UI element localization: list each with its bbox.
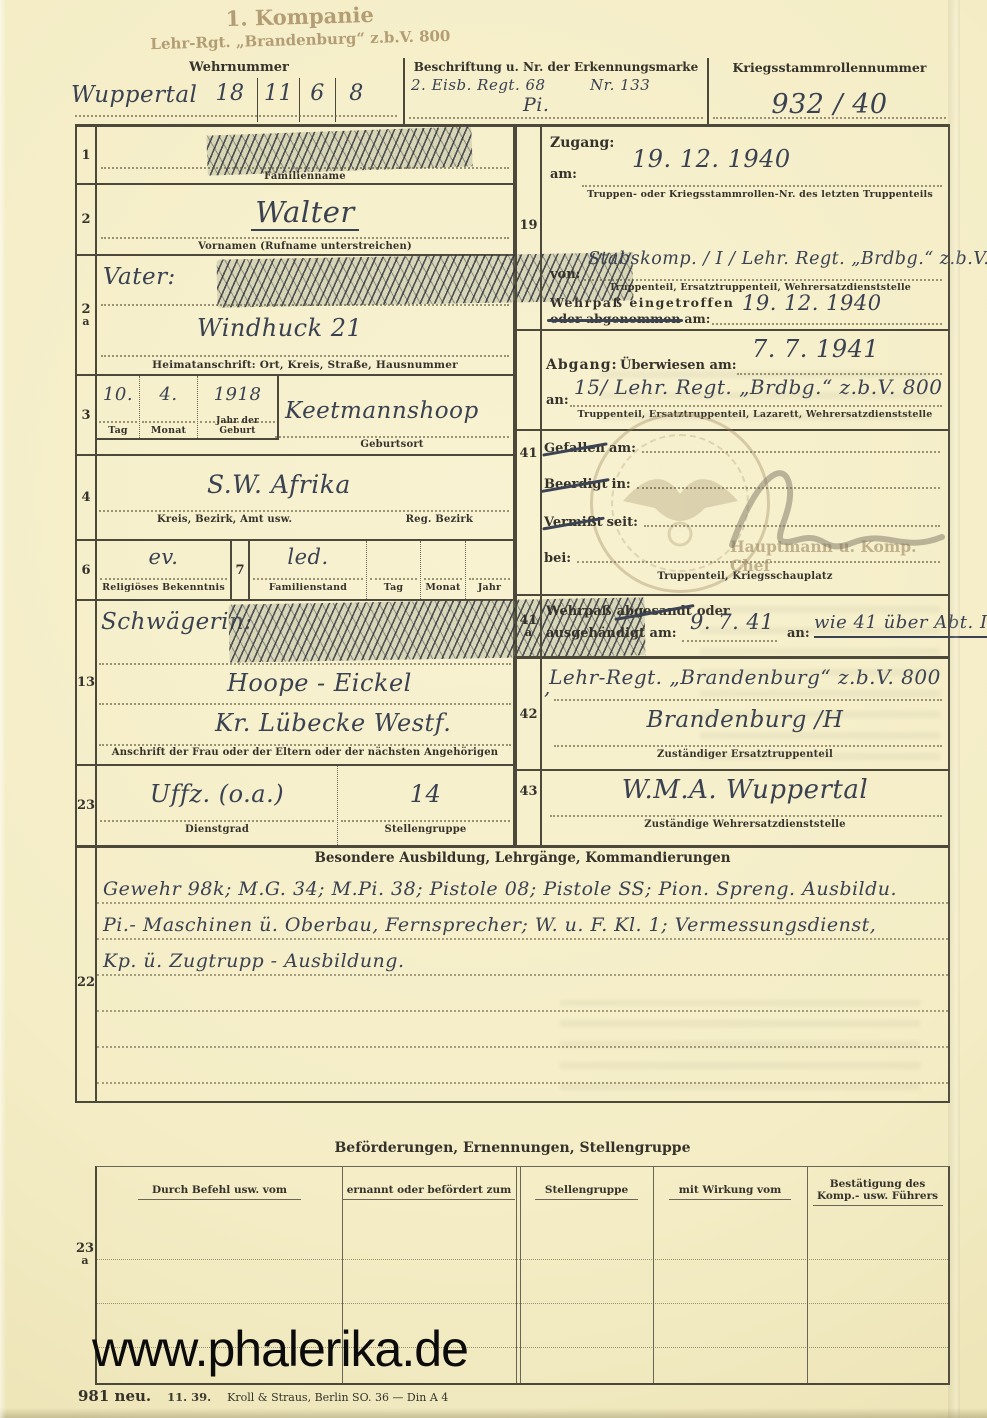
tag-cell: Tag [366, 541, 420, 599]
familienname-label: Familienname [97, 171, 513, 182]
bekenntnis-cell: ev. Religiöses Bekenntnis [97, 541, 230, 599]
wehrpass-eingetroffen-line1: Wehrpaß eingetroffen [550, 295, 734, 310]
row-number: 1 [81, 149, 90, 162]
birth-year: 1918 [198, 376, 277, 405]
promotions-row-number: 23 a [75, 1242, 95, 1266]
dienstgrad-cell: Uffz. (o.a.) Dienstgrad [97, 766, 337, 845]
birth-day: 10. [97, 376, 139, 405]
ausbildung-line: Pi.- Maschinen ü. Oberbau, Fernsprecher;… [97, 904, 948, 940]
kreis-label: Kreis, Bezirk, Amt usw. [157, 514, 292, 525]
dotted-line [101, 304, 509, 306]
wehrpass-eingetroffen-line2: oder abgenommen am: [550, 311, 710, 326]
birthplace-value: Keetmannshoop [285, 398, 479, 424]
dotted-line [101, 237, 509, 239]
gefallen-am: am: [609, 441, 636, 456]
jahr-col-label: Jahr [466, 582, 513, 593]
wehrpass-word: Wehrpaß [546, 604, 612, 619]
ausgehaendigt-label: ausgehändigt am: [546, 626, 677, 641]
erkennungsmarke-label: Beschriftung u. Nr. der Erkennungsmarke [405, 58, 707, 74]
zugang-am-label: am: [550, 167, 577, 182]
erkennungsmarke-block: Beschriftung u. Nr. der Erkennungsmarke … [403, 58, 707, 124]
column-header: Stellengruppe [535, 1184, 638, 1200]
row-number: 7 [235, 564, 244, 577]
erkennungsmarke-pi: Pi. [523, 94, 549, 116]
dotted-line [101, 355, 509, 357]
bekenntnis-label: Religiöses Bekenntnis [97, 582, 230, 593]
dotted-line [409, 117, 703, 119]
dotted-line [99, 663, 511, 665]
birthdate-box: 10. Tag 4. Monat 1918 Jahr der Geburt [97, 376, 279, 440]
row-number: 6 [81, 564, 90, 577]
zugang-title: Zugang: [550, 135, 614, 151]
wehrpass-am-label: am: [684, 311, 710, 326]
ausbildung-line: Gewehr 98k; M.G. 34; M.Pi. 38; Pistole 0… [97, 868, 948, 904]
promotions-header-cell: Stellengruppe [520, 1167, 653, 1217]
ausbildung-title: Besondere Ausbildung, Lehrgänge, Kommand… [97, 848, 948, 866]
row-kreis: 4 S.W. Afrika Kreis, Bezirk, Amt usw. Re… [77, 456, 513, 541]
row-geburt: 3 10. Tag 4. Monat 1918 [77, 376, 513, 456]
tag-label: Tag [97, 425, 139, 436]
regbezirk-label: Reg. Bezirk [406, 514, 473, 525]
kriegsstammrollennummer-label: Kriegsstammrollennummer [709, 58, 950, 75]
vornamen-label: Vornamen (Rufname unterstreichen) [97, 241, 513, 252]
wma-value: W.M.A. Wuppertal [542, 775, 948, 805]
stellengruppe-cell: 14 Stellengruppe [337, 766, 513, 845]
row-number: 43 [519, 785, 537, 798]
dotted-line [712, 323, 942, 325]
kriegsstammrolle-form: 1. Kompanie Lehr-Rgt. „Brandenburg“ z.b.… [0, 0, 987, 1418]
erkennungsmarke-unit: 2. Eisb. Regt. 68 [411, 76, 546, 94]
dotted-line [99, 703, 511, 705]
wehrpass-date-value: 19. 12. 1940 [742, 291, 882, 315]
form-number: 981 neu. [78, 1387, 151, 1405]
vorname-value: Walter [97, 195, 513, 229]
promotions-title: Beförderungen, Ernennungen, Stellengrupp… [75, 1140, 950, 1156]
signature [702, 445, 952, 565]
region-value: S.W. Afrika [207, 470, 351, 499]
vermisst-label: Vermißt [544, 515, 603, 530]
zugang-am-value: 19. 12. 1940 [632, 145, 791, 173]
beerdigt-in: in: [612, 477, 631, 492]
erkennungsmarke-nr: Nr. 133 [590, 76, 650, 94]
vermisst-seit: seit: [607, 515, 638, 530]
row-number-suffix: a [82, 316, 89, 327]
zugang-von-label: von: [550, 267, 580, 282]
promotions-header-cell: mit Wirkung vom [653, 1167, 807, 1217]
row-heimatanschrift: 2 a Vater: Windhuck 21 Heimatanschrift: … [77, 256, 513, 376]
bleed-through [600, 360, 930, 420]
dotted-line [550, 815, 942, 817]
row-number: 23 [77, 799, 95, 812]
row-gefallen: 41 Gefallen am: Beerdigt [517, 431, 948, 596]
ausbildung-text: Kp. ü. Zugtrupp - Ausbildung. [103, 950, 405, 972]
gefallen-label: Gefallen [544, 441, 605, 456]
dotted-line [99, 510, 509, 512]
dotted-line [100, 820, 334, 822]
dotted-line [582, 185, 942, 187]
row-number: 42 [519, 708, 537, 721]
printer-imprint: Kroll & Straus, Berlin SO. 36 — Din A 4 [227, 1391, 448, 1404]
watermark: www.phalerika.de [92, 1320, 468, 1378]
heimatanschrift-label: Heimatanschrift: Ort, Kreis, Straße, Hau… [97, 359, 513, 371]
dotted-line [469, 578, 510, 580]
promotions-header-cell: Durch Befehl usw. vom [97, 1167, 342, 1217]
dotted-line [99, 421, 137, 423]
row-wehrersatzdienststelle: 43 W.M.A. Wuppertal Zuständige Wehrersat… [517, 771, 948, 845]
geburtsort-label: Geburtsort [275, 439, 509, 450]
row-dienstgrad: 23 Uffz. (o.a.) Dienstgrad 14 Stellengru… [77, 766, 513, 845]
dotted-line [100, 578, 227, 580]
wehrersatzdienststelle-label: Zuständige Wehrersatzdienststelle [542, 819, 948, 830]
ausbildung-text: Pi.- Maschinen ü. Oberbau, Fernsprecher;… [103, 914, 876, 936]
bekenntnis-value: ev. [97, 541, 230, 569]
row-number: 3 [81, 409, 90, 422]
row-number-suffix: a [75, 1255, 95, 1266]
birth-month: 4. [140, 376, 197, 405]
row-vornamen: 2 Walter Vornamen (Rufname unterstreiche… [77, 185, 513, 256]
row-number: 2 [81, 213, 90, 226]
monat-col-label: Monat [421, 582, 465, 593]
row-number: 13 [77, 676, 95, 689]
dotted-line [370, 578, 417, 580]
column-header: ernannt oder befördert zum [343, 1184, 515, 1200]
wehrnummer-block: Wehrnummer Wuppertal 18 11 6 8 [75, 58, 403, 124]
group-value: 14 [338, 766, 513, 808]
jahr-label: Jahr der Geburt [198, 416, 277, 436]
table-row-line [97, 1303, 948, 1304]
abgang-an-label: an: [546, 393, 569, 408]
stellengruppe-label: Stellengruppe [338, 824, 513, 835]
row-familienname: 1 Familienname [77, 127, 513, 185]
header-row: Wehrnummer Wuppertal 18 11 6 8 Beschrift… [75, 58, 950, 127]
birth-day-cell: 10. Tag [97, 376, 139, 438]
familienstand-label: Familienstand [250, 582, 366, 593]
rank-value: Uffz. (o.a.) [97, 766, 337, 808]
abgang-date: 7. 7. 1941 [752, 335, 879, 363]
ausbildung-text: Gewehr 98k; M.G. 34; M.Pi. 38; Pistole 0… [103, 878, 897, 900]
address-value: Windhuck 21 [197, 314, 362, 342]
zugang-von-value: Stabskomp. / I / Lehr. Regt. „Brdbg.“ z.… [588, 249, 987, 269]
struck-oder-abgenommen: oder abgenommen [550, 311, 680, 326]
monat-label: Monat [140, 425, 197, 436]
ausbildung-line: Kp. ü. Zugtrupp - Ausbildung. [97, 940, 948, 976]
relative-place-line: Hoope - Eickel [227, 669, 412, 697]
tag-col-label: Tag [367, 582, 420, 593]
dotted-line [99, 744, 511, 746]
dotted-line [101, 167, 509, 169]
column-header: Durch Befehl usw. vom [138, 1184, 301, 1200]
dotted-line [142, 421, 195, 423]
column-header: mit Wirkung vom [669, 1184, 792, 1200]
column-header: Bestätigung des Komp.- usw. Führers [813, 1178, 943, 1206]
left-column: 1 Familienname 2 Walter Vornamen (Rufnam… [75, 127, 515, 845]
familienstand-cell: led. Familienstand [250, 541, 366, 599]
wehrnummer-label: Wehrnummer [75, 58, 403, 75]
angehoerige-label: Anschrift der Frau oder der Eltern oder … [97, 747, 513, 758]
relative-district-line: Kr. Lübecke Westf. [215, 709, 451, 737]
row-angehoerige: 13 Schwägerin: Hoope - Eickel Kr. Lübeck… [77, 601, 513, 766]
row-number: 4 [81, 491, 90, 504]
dotted-line [584, 279, 942, 281]
paper-left-edge [0, 0, 6, 1418]
dienstgrad-label: Dienstgrad [97, 824, 337, 835]
birth-year-cell: 1918 Jahr der Geburt [197, 376, 277, 438]
row-bekenntnis-familienstand: 6 ev. Religiöses Bekenntnis 7 led. Famil… [77, 541, 513, 601]
beerdigt-label: Beerdigt [544, 477, 608, 492]
jahr-cell: Jahr [465, 541, 513, 599]
section-number: 22 [77, 976, 95, 989]
birth-month-cell: 4. Monat [139, 376, 197, 438]
row-number: 41 [519, 447, 537, 460]
bleed-through [700, 600, 940, 760]
familienstand-value: led. [250, 541, 366, 569]
dotted-line [713, 117, 946, 119]
vater-prefix: Vater: [103, 264, 176, 290]
zugang-am-sub: Truppen- oder Kriegsstammrollen-Nr. des … [572, 189, 948, 200]
dotted-line [253, 578, 363, 580]
dotted-line [75, 115, 397, 117]
bleed-through [560, 1000, 920, 1090]
dotted-line [424, 578, 462, 580]
paper-bottom-edge [0, 1408, 987, 1418]
company-stamp: 1. Kompanie Lehr-Rgt. „Brandenburg“ z.b.… [109, 0, 490, 54]
kriegsstammrollennummer-block: Kriegsstammrollennummer 932 / 40 [707, 58, 950, 124]
wehrnummer-city: Wuppertal [71, 82, 197, 108]
row-zugang: 19 Zugang: am: 19. 12. 1940 Truppen- ode… [517, 127, 948, 331]
promotions-header-cell: ernannt oder befördert zum [342, 1167, 516, 1217]
table-row-line [97, 1259, 948, 1260]
dotted-line [341, 820, 510, 822]
form-date: 11. 39. [167, 1390, 211, 1404]
promotions-header-cell: Bestätigung des Komp.- usw. Führers [807, 1167, 948, 1217]
struck-abgesandt: abgesandt [617, 604, 692, 619]
bei-label: bei: [544, 551, 571, 566]
footer-imprint: 981 neu. 11. 39. Kroll & Straus, Berlin … [78, 1387, 448, 1405]
kriegsstammrollennummer-value: 932 / 40 [709, 89, 950, 120]
row-number-suffix: a [525, 627, 532, 638]
column-divider [516, 1167, 517, 1383]
paper-fold [948, 0, 960, 1418]
monat-cell: Monat [420, 541, 465, 599]
dotted-line [275, 436, 509, 438]
row-number: 19 [519, 219, 537, 232]
